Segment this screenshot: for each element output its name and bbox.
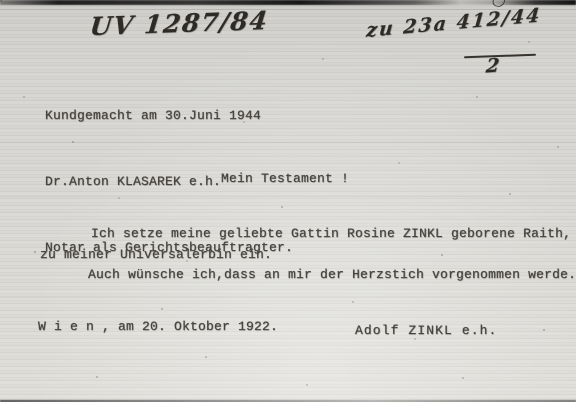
testament-body-line: Ich setze meine geliebte Gattin Rosine Z… — [91, 226, 571, 241]
scan-edge-top — [0, 0, 576, 5]
testament-body-line: Auch wünsche ich,dass an mir der Herzsti… — [88, 267, 576, 282]
scanned-testament-document: UV 1287/84 zu 23a 412/44 2 Kundgemacht a… — [0, 0, 576, 402]
publication-date-line: Kundgemacht am 30.Juni 1944 — [45, 105, 293, 127]
handwritten-file-number: UV 1287/84 — [89, 6, 270, 41]
document-title: Mein Testament ! — [221, 171, 349, 186]
signature-line: Adolf ZINKL e.h. — [355, 323, 497, 338]
testament-body-line: zu meiner Universalerbin ein. — [40, 247, 272, 262]
place-and-date-line: W i e n , am 20. Oktober 1922. — [38, 319, 278, 334]
handwritten-page-number: 2 — [485, 54, 501, 77]
handwritten-reference-number: zu 23a 412/44 — [365, 4, 542, 42]
